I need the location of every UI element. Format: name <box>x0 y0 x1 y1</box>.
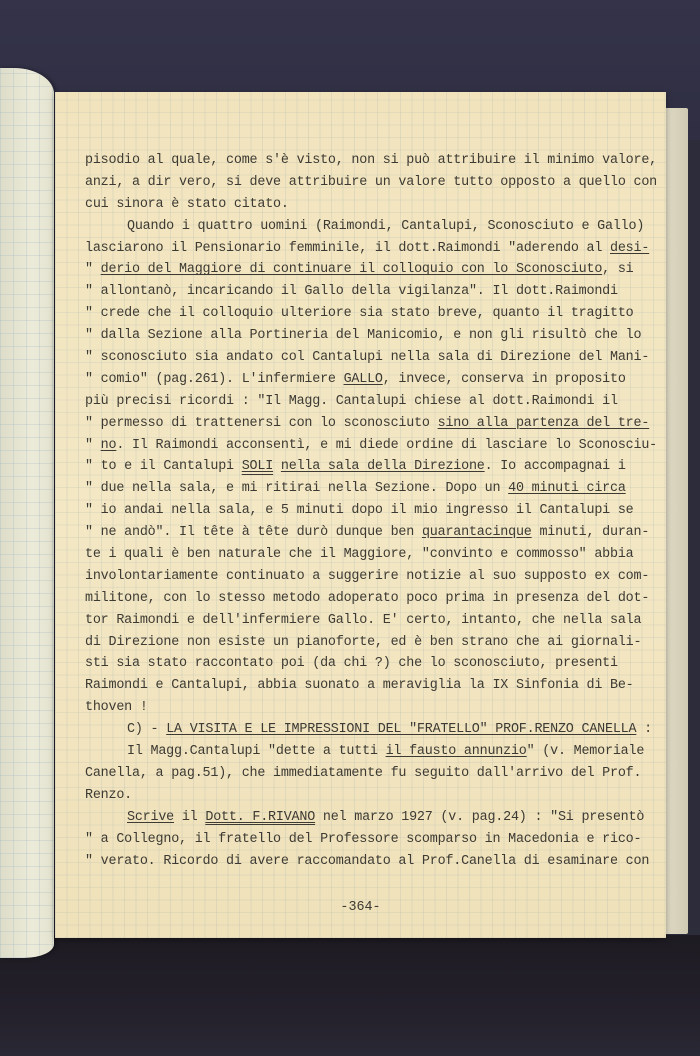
text-run: " (v. Memoriale <box>527 744 645 759</box>
underlined-text: nella sala della Direzione <box>281 459 485 474</box>
text-line: thoven ! <box>85 697 655 719</box>
text-run: : <box>636 722 652 737</box>
typewritten-page: pisodio al quale, come s'è visto, non si… <box>55 92 666 938</box>
text-run: . Il Raimondi acconsentì, e mi diede ord… <box>116 438 657 453</box>
underlined-text: il fausto annunzio <box>386 744 527 759</box>
underlined-text: Scrive <box>127 810 174 825</box>
previous-page-curl <box>0 68 54 958</box>
text-run: " <box>85 438 101 453</box>
text-line: Canella, a pag.51), che immediatamente f… <box>85 763 655 785</box>
double-underlined-text: Dott. F.RIVANO <box>205 810 315 825</box>
text-line: " verato. Ricordo di avere raccomandato … <box>85 851 655 873</box>
underlined-text: GALLO <box>344 372 383 387</box>
text-run: " <box>85 262 101 277</box>
text-line: sti sia stato raccontato poi (da chi ?) … <box>85 653 655 675</box>
text-line: " no. Il Raimondi acconsentì, e mi diede… <box>85 435 655 457</box>
text-line: Scrive il Dott. F.RIVANO nel marzo 1927 … <box>85 807 655 829</box>
text-line: tor Raimondi e dell'infermiere Gallo. E'… <box>85 610 655 632</box>
text-run: Il Magg.Cantalupi "dette a tutti <box>127 744 386 759</box>
text-run: il <box>174 810 205 825</box>
page-number: -364- <box>55 900 666 915</box>
text-run: " ne andò". Il tête à tête durò dunque b… <box>85 525 422 540</box>
section-heading: C) - LA VISITA E LE IMPRESSIONI DEL "FRA… <box>85 719 655 741</box>
background-bottom <box>0 935 700 1056</box>
text-run: lasciarono il Pensionario femminile, il … <box>85 241 610 256</box>
text-run <box>273 459 281 474</box>
text-line: anzi, a dir vero, si deve attribuire un … <box>85 172 655 194</box>
text-line: " to e il Cantalupi SOLI nella sala dell… <box>85 456 655 478</box>
page-body: pisodio al quale, come s'è visto, non si… <box>85 150 655 872</box>
text-line: " due nella sala, e mi ritirai nella Sez… <box>85 478 655 500</box>
text-line: di Direzione non esiste un pianoforte, e… <box>85 632 655 654</box>
text-line: cui sinora è stato citato. <box>85 194 655 216</box>
text-line: " io andai nella sala, e 5 minuti dopo i… <box>85 500 655 522</box>
underlined-text: desi- <box>610 241 649 256</box>
text-line: pisodio al quale, come s'è visto, non si… <box>85 150 655 172</box>
text-line: " crede che il colloquio ulteriore sia s… <box>85 303 655 325</box>
text-run: " due nella sala, e mi ritirai nella Sez… <box>85 481 508 496</box>
text-line: " dalla Sezione alla Portineria del Mani… <box>85 325 655 347</box>
text-line: te i quali è ben naturale che il Maggior… <box>85 544 655 566</box>
underlined-text: derio del Maggiore di continuare il coll… <box>101 262 602 277</box>
text-line: involontariamente continuato a suggerire… <box>85 566 655 588</box>
text-line: più precisi ricordi : "Il Magg. Cantalup… <box>85 391 655 413</box>
text-line: " ne andò". Il tête à tête durò dunque b… <box>85 522 655 544</box>
text-line: militone, con lo stesso metodo adoperato… <box>85 588 655 610</box>
underlined-text: quarantacinque <box>422 525 532 540</box>
text-line: " comio" (pag.261). L'infermiere GALLO, … <box>85 369 655 391</box>
text-line: Renzo. <box>85 785 655 807</box>
section-title: LA VISITA E LE IMPRESSIONI DEL "FRATELLO… <box>166 722 636 737</box>
double-underlined-text: SOLI <box>242 459 273 474</box>
text-line: " allontanò, incaricando il Gallo della … <box>85 281 655 303</box>
text-run: , invece, conserva in proposito <box>383 372 626 387</box>
text-run: " to e il Cantalupi <box>85 459 242 474</box>
text-line: " permesso di trattenersi con lo sconosc… <box>85 413 655 435</box>
text-run: nel marzo 1927 (v. pag.24) : "Si present… <box>315 810 644 825</box>
text-line: Raimondi e Cantalupi, abbia suonato a me… <box>85 675 655 697</box>
text-line: Quando i quattro uomini (Raimondi, Canta… <box>85 216 655 238</box>
text-line: " sconosciuto sia andato col Cantalupi n… <box>85 347 655 369</box>
text-run: minuti, duran- <box>532 525 650 540</box>
text-line: " a Collegno, il fratello del Professore… <box>85 829 655 851</box>
text-run: . Io accompagnai i <box>485 459 626 474</box>
text-run: " permesso di trattenersi con lo sconosc… <box>85 416 438 431</box>
section-label: C) - <box>127 722 166 737</box>
underlined-text: sino alla partenza del tre- <box>438 416 650 431</box>
underlined-text: 40 minuti circa <box>508 481 626 496</box>
underlined-text: no <box>101 438 117 453</box>
text-run: " comio" (pag.261). L'infermiere <box>85 372 344 387</box>
text-line: " derio del Maggiore di continuare il co… <box>85 259 655 281</box>
text-line: lasciarono il Pensionario femminile, il … <box>85 238 655 260</box>
text-line: Il Magg.Cantalupi "dette a tutti il faus… <box>85 741 655 763</box>
text-run: , si <box>602 262 633 277</box>
